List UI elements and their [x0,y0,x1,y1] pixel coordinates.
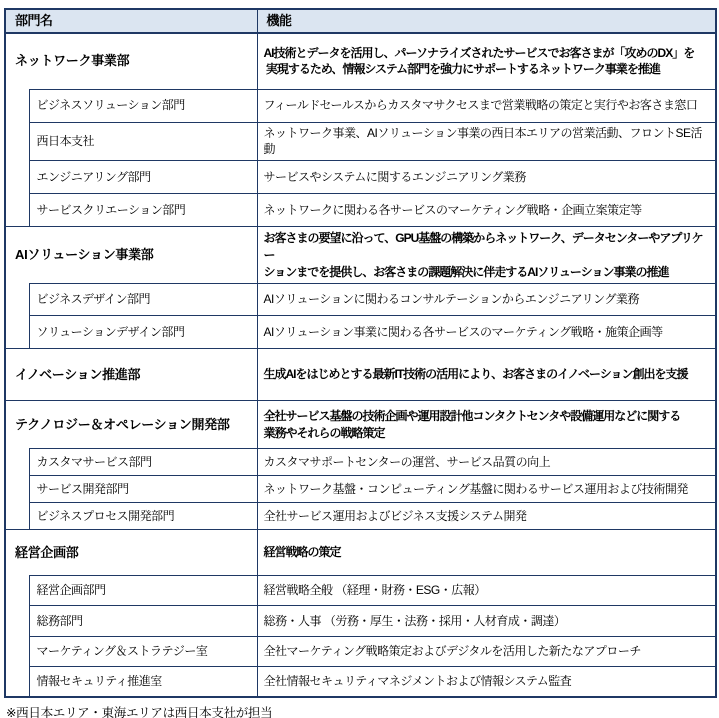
org-structure-page: 部門名 機能 ネットワーク事業部 AI技術とデータを活用し、パーソナライズされた… [0,0,719,718]
sub-department-name: サービス開発部門 [29,476,257,503]
group-function: 生成AIをはじめとする最新IT技術の活用により、お客さまのイノベーション創出を支… [257,349,716,401]
sub-department-function: AIソリューション事業に関わる各サービスのマーケティング戦略・施策企画等 [257,316,716,349]
group-function: お客さまの要望に沿って、GPU基盤の構築からネットワーク、データセンターやアプリ… [257,227,716,284]
sub-department-function: 全社マーケティング戦略策定およびデジタルを活用した新たなアプローチ [257,637,716,667]
sub-department-function: フィールドセールスからカスタマサクセスまで営業戦略の策定と実行やお客さま窓口 [257,89,716,122]
sub-department-function: ネットワーク事業、AIソリューション事業の西日本エリアの営業活動、フロントSE活… [257,122,716,161]
sub-department-name: ビジネスデザイン部門 [29,284,257,316]
group-name: テクノロジー＆オペレーション開発部 [5,401,257,449]
table-row-sub: 情報セキュリティ推進室 全社情報セキュリティマネジメントおよび情報システム監査 [5,667,716,697]
sub-department-function: 経営戦略全般 （経理・財務・ESG・広報） [257,576,716,606]
table-row-sub: マーケティング＆ストラテジー室 全社マーケティング戦略策定およびデジタルを活用し… [5,637,716,667]
group-name: ネットワーク事業部 [5,33,257,89]
table-row-sub: ソリューションデザイン部門 AIソリューション事業に関わる各サービスのマーケティ… [5,316,716,349]
indent-spacer [5,576,29,697]
table-row-sub: サービス開発部門 ネットワーク基盤・コンピューティング基盤に関わるサービス運用お… [5,476,716,503]
group-function: 全社サービス基盤の技術企画や運用設計他コンタクトセンタや設備運用などに関する 業… [257,401,716,449]
group-name: 経営企画部 [5,530,257,576]
indent-spacer [5,284,29,349]
sub-department-name: カスタマサービス部門 [29,449,257,476]
sub-department-name: ソリューションデザイン部門 [29,316,257,349]
footnote: ※西日本エリア・東海エリアは西日本支社が担当 [4,703,715,718]
sub-department-name: 西日本支社 [29,122,257,161]
sub-department-name: 経営企画部門 [29,576,257,606]
sub-department-function: サービスやシステムに関するエンジニアリング業務 [257,161,716,194]
department-function-table: 部門名 機能 ネットワーク事業部 AI技術とデータを活用し、パーソナライズされた… [4,8,717,698]
sub-department-function: 全社サービス運用およびビジネス支援システム開発 [257,503,716,530]
table-row-sub: 総務部門 総務・人事 （労務・厚生・法務・採用・人材育成・調達） [5,606,716,637]
table-row-sub: ビジネスデザイン部門 AIソリューションに関わるコンサルテーションからエンジニア… [5,284,716,316]
sub-department-name: マーケティング＆ストラテジー室 [29,637,257,667]
sub-department-name: エンジニアリング部門 [29,161,257,194]
sub-department-function: AIソリューションに関わるコンサルテーションからエンジニアリング業務 [257,284,716,316]
sub-department-name: ビジネスプロセス開発部門 [29,503,257,530]
table-header-row: 部門名 機能 [5,9,716,33]
sub-department-function: 総務・人事 （労務・厚生・法務・採用・人材育成・調達） [257,606,716,637]
table-row-group-corporate-planning: 経営企画部 経営戦略の策定 [5,530,716,576]
sub-department-function: カスタマサポートセンターの運営、サービス品質の向上 [257,449,716,476]
table-row-group-ai-solution: AIソリューション事業部 お客さまの要望に沿って、GPU基盤の構築からネットワー… [5,227,716,284]
table-row-group-technology-operation: テクノロジー＆オペレーション開発部 全社サービス基盤の技術企画や運用設計他コンタ… [5,401,716,449]
group-function: AI技術とデータを活用し、パーソナライズされたサービスでお客さまが「攻めのDX」… [257,33,716,89]
sub-department-function: 全社情報セキュリティマネジメントおよび情報システム監査 [257,667,716,697]
indent-spacer [5,89,29,227]
column-header-function: 機能 [257,9,716,33]
table-row-group-innovation: イノベーション推進部 生成AIをはじめとする最新IT技術の活用により、お客さまの… [5,349,716,401]
table-row-sub: ビジネスプロセス開発部門 全社サービス運用およびビジネス支援システム開発 [5,503,716,530]
sub-department-function: ネットワーク基盤・コンピューティング基盤に関わるサービス運用および技術開発 [257,476,716,503]
sub-department-function: ネットワークに関わる各サービスのマーケティング戦略・企画立案策定等 [257,194,716,227]
sub-department-name: ビジネスソリューション部門 [29,89,257,122]
table-row-sub: ビジネスソリューション部門 フィールドセールスからカスタマサクセスまで営業戦略の… [5,89,716,122]
table-row-sub: エンジニアリング部門 サービスやシステムに関するエンジニアリング業務 [5,161,716,194]
table-row-sub: 経営企画部門 経営戦略全般 （経理・財務・ESG・広報） [5,576,716,606]
table-row-sub: サービスクリエーション部門 ネットワークに関わる各サービスのマーケティング戦略・… [5,194,716,227]
table-row-group-network: ネットワーク事業部 AI技術とデータを活用し、パーソナライズされたサービスでお客… [5,33,716,89]
sub-department-name: サービスクリエーション部門 [29,194,257,227]
sub-department-name: 総務部門 [29,606,257,637]
indent-spacer [5,449,29,530]
group-name: AIソリューション事業部 [5,227,257,284]
group-name: イノベーション推進部 [5,349,257,401]
table-row-sub: カスタマサービス部門 カスタマサポートセンターの運営、サービス品質の向上 [5,449,716,476]
sub-department-name: 情報セキュリティ推進室 [29,667,257,697]
column-header-department: 部門名 [5,9,257,33]
group-function: 経営戦略の策定 [257,530,716,576]
table-row-sub: 西日本支社 ネットワーク事業、AIソリューション事業の西日本エリアの営業活動、フ… [5,122,716,161]
